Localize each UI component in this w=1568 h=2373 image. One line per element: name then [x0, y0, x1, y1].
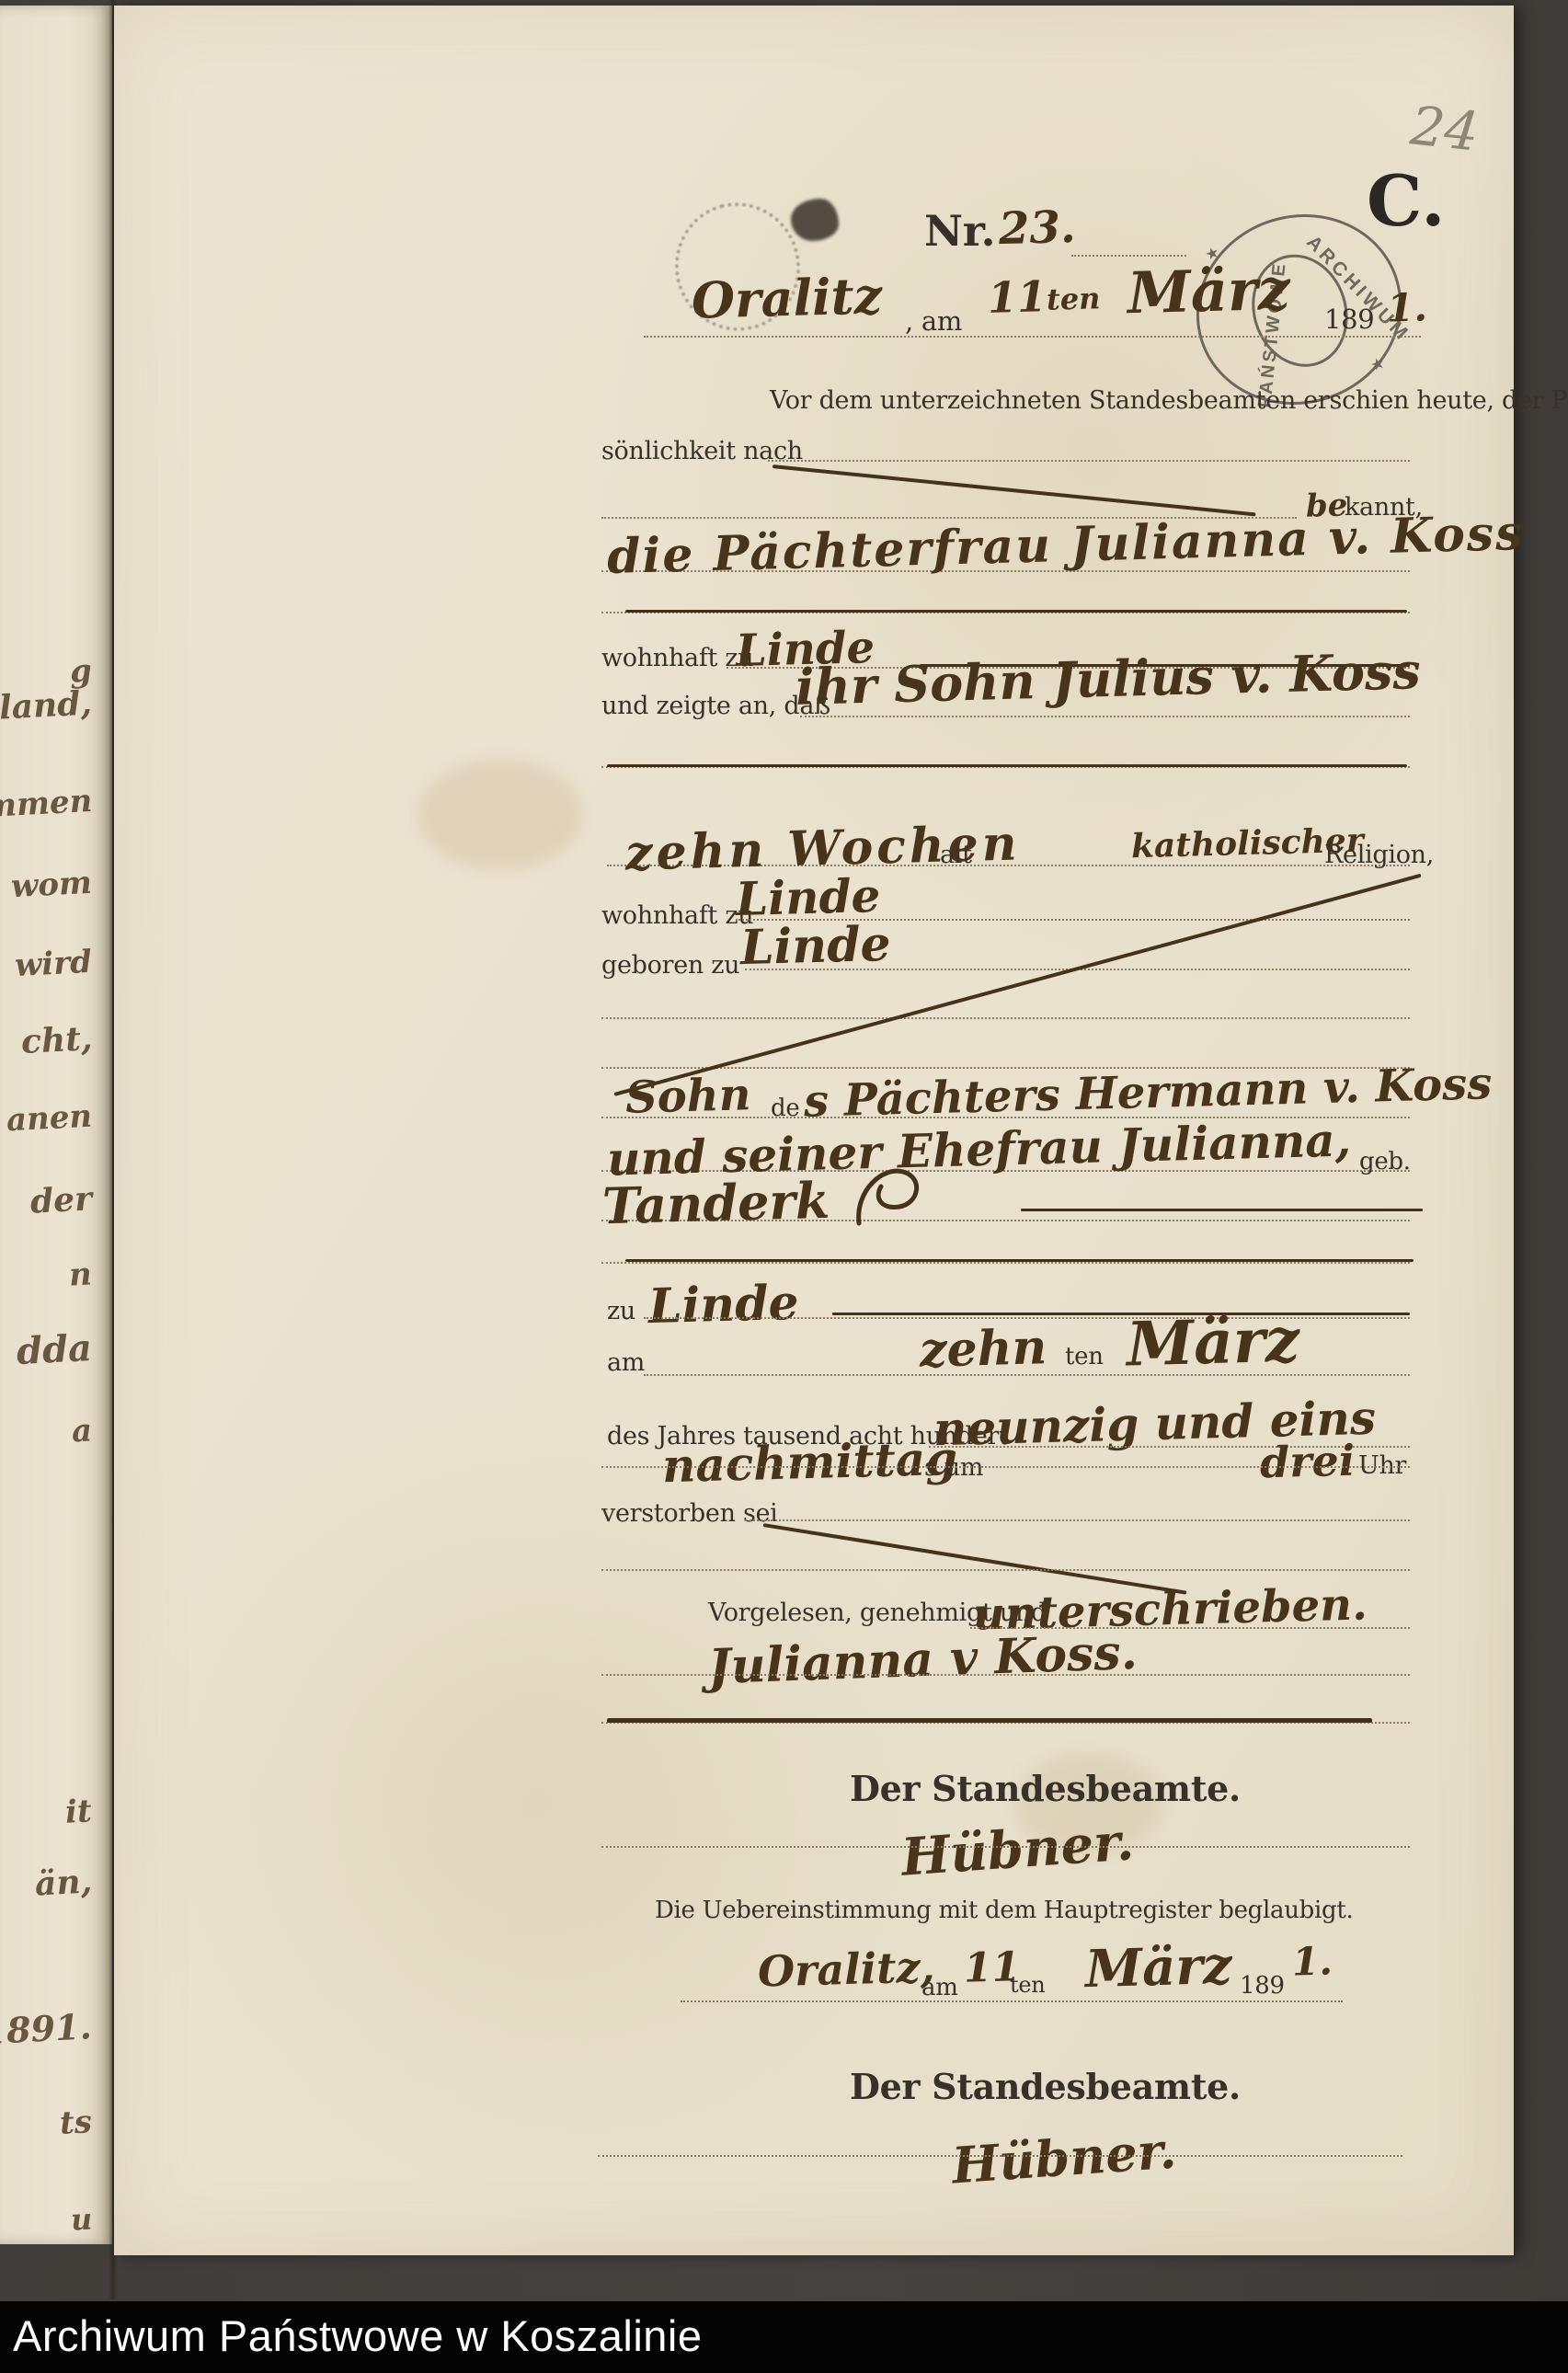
ruled-line: [598, 2155, 1402, 2157]
deceased-name: ihr Sohn Julius v. Koss: [795, 641, 1421, 716]
margin-fragment: wird: [14, 944, 93, 984]
certification-year-printed: 189: [1240, 1972, 1285, 2000]
ruled-line: [1071, 255, 1186, 257]
margin-fragment: n: [68, 1255, 93, 1293]
record-day: 11: [987, 271, 1047, 323]
ink-line: [625, 610, 1407, 613]
margin-fragment: land,: [0, 683, 93, 727]
facing-page-edge: g land, mmen wom wird cht, anen der n dd…: [0, 6, 112, 2244]
record-number-label: Nr.: [924, 206, 995, 256]
pencil-page-number: 24: [1408, 94, 1482, 163]
death-day-label: am: [607, 1348, 645, 1377]
death-day-suffix: ten: [1065, 1343, 1104, 1370]
death-time-value: nachmittag: [661, 1431, 957, 1493]
ruled-line: [601, 1466, 1410, 1468]
record-day-suffix: ten: [1047, 281, 1101, 317]
registrar-signature-2: Hübner.: [950, 2121, 1178, 2195]
ink-line: [832, 1313, 1410, 1315]
ink-line: [625, 1259, 1413, 1262]
year-printed: 189: [1324, 304, 1374, 335]
certification-year-written: 1.: [1291, 1938, 1333, 1984]
father-printed: de: [771, 1095, 799, 1122]
strike-stroke: [763, 1523, 1187, 1595]
margin-fragment: ts: [59, 2104, 93, 2142]
ruled-line: [768, 460, 1410, 462]
paper-stain: [418, 760, 583, 870]
ruled-line: [644, 336, 1421, 338]
archive-footer-bar: Archiwum Państwowe w Koszalinie: [0, 2301, 1568, 2373]
ruled-line: [601, 1262, 1410, 1264]
ink-smudge: [791, 199, 839, 241]
margin-fragment: cht,: [20, 1019, 93, 1061]
margin-fragment: mmen: [0, 783, 93, 825]
scanned-document: g land, mmen wom wird cht, anen der n dd…: [0, 0, 1568, 2373]
death-place-value: Linde: [647, 1275, 799, 1335]
am-label: , am: [905, 305, 962, 337]
death-record-page: 24 C. ARCHIWUM PAŃSTWOWE ★ ★ Nr. 23. Ora…: [114, 6, 1514, 2255]
religion-label: Religion,: [1324, 841, 1434, 869]
record-month: März: [1127, 256, 1291, 327]
year-written: 1.: [1386, 284, 1427, 330]
age-label: alt: [940, 841, 972, 869]
margin-fragment: i 1891.: [0, 2005, 93, 2054]
death-hour-value: drei: [1259, 1436, 1356, 1488]
certification-day-suffix: ten: [1010, 1972, 1045, 1998]
intro-line-1: Vor dem unterzeichneten Standesbeamten e…: [770, 386, 1568, 415]
margin-fragment: a: [71, 1412, 93, 1450]
death-place-label: zu: [607, 1297, 635, 1325]
ruled-line: [601, 1674, 1410, 1676]
ink-line: [1021, 1209, 1423, 1211]
pen-flourish: [846, 1163, 947, 1236]
ruled-line: [601, 1846, 1410, 1848]
margin-fragment: it: [64, 1793, 93, 1830]
certification-statement: Die Uebereinstimmung mit dem Hauptregist…: [655, 1897, 1353, 1924]
father-hand-1: Sohn: [624, 1069, 751, 1124]
ruled-line: [681, 2000, 1343, 2002]
margin-fragment: der: [29, 1179, 93, 1221]
died-label: verstorben sei: [601, 1499, 778, 1528]
registrar-title-1: Der Standesbeamte.: [850, 1768, 1241, 1809]
margin-fragment: wom: [10, 865, 93, 906]
birthplace-label: geboren zu: [601, 951, 739, 980]
maiden-name: Tanderk: [601, 1171, 830, 1235]
ruled-line: [601, 1569, 1410, 1571]
ruled-line: [644, 1374, 1410, 1376]
certification-am-label: am: [921, 1974, 958, 2001]
certification-place: Oralitz,: [757, 1942, 935, 1996]
archive-name: Archiwum Państwowe w Koszalinie: [13, 2310, 703, 2361]
margin-fragment: anen: [6, 1098, 93, 1140]
ink-line: [607, 1718, 1372, 1723]
residence2-label: wohnhaft zu: [601, 901, 753, 930]
ruled-line: [601, 1017, 1410, 1019]
record-number-value: 23.: [998, 201, 1076, 255]
geb-label: geb.: [1359, 1148, 1411, 1175]
death-day-value: zehn: [919, 1319, 1047, 1379]
registrar-signature-1: Hübner.: [899, 1811, 1136, 1887]
certification-month: März: [1084, 1935, 1232, 2000]
ink-line: [607, 764, 1407, 767]
birthplace-value: Linde: [739, 916, 891, 976]
registrar-title-2: Der Standesbeamte.: [850, 2066, 1241, 2107]
declarant-signature: Julianna v Koss.: [707, 1624, 1139, 1695]
ruled-line: [745, 1519, 1410, 1521]
margin-fragment: än,: [34, 1862, 93, 1903]
death-month: März: [1126, 1304, 1300, 1381]
record-place: Oralitz: [691, 266, 883, 329]
ruled-line: [800, 716, 1410, 717]
strike-stroke: [773, 464, 1256, 516]
margin-fragment: dda: [16, 1326, 93, 1373]
margin-fragment: u: [70, 2201, 93, 2237]
